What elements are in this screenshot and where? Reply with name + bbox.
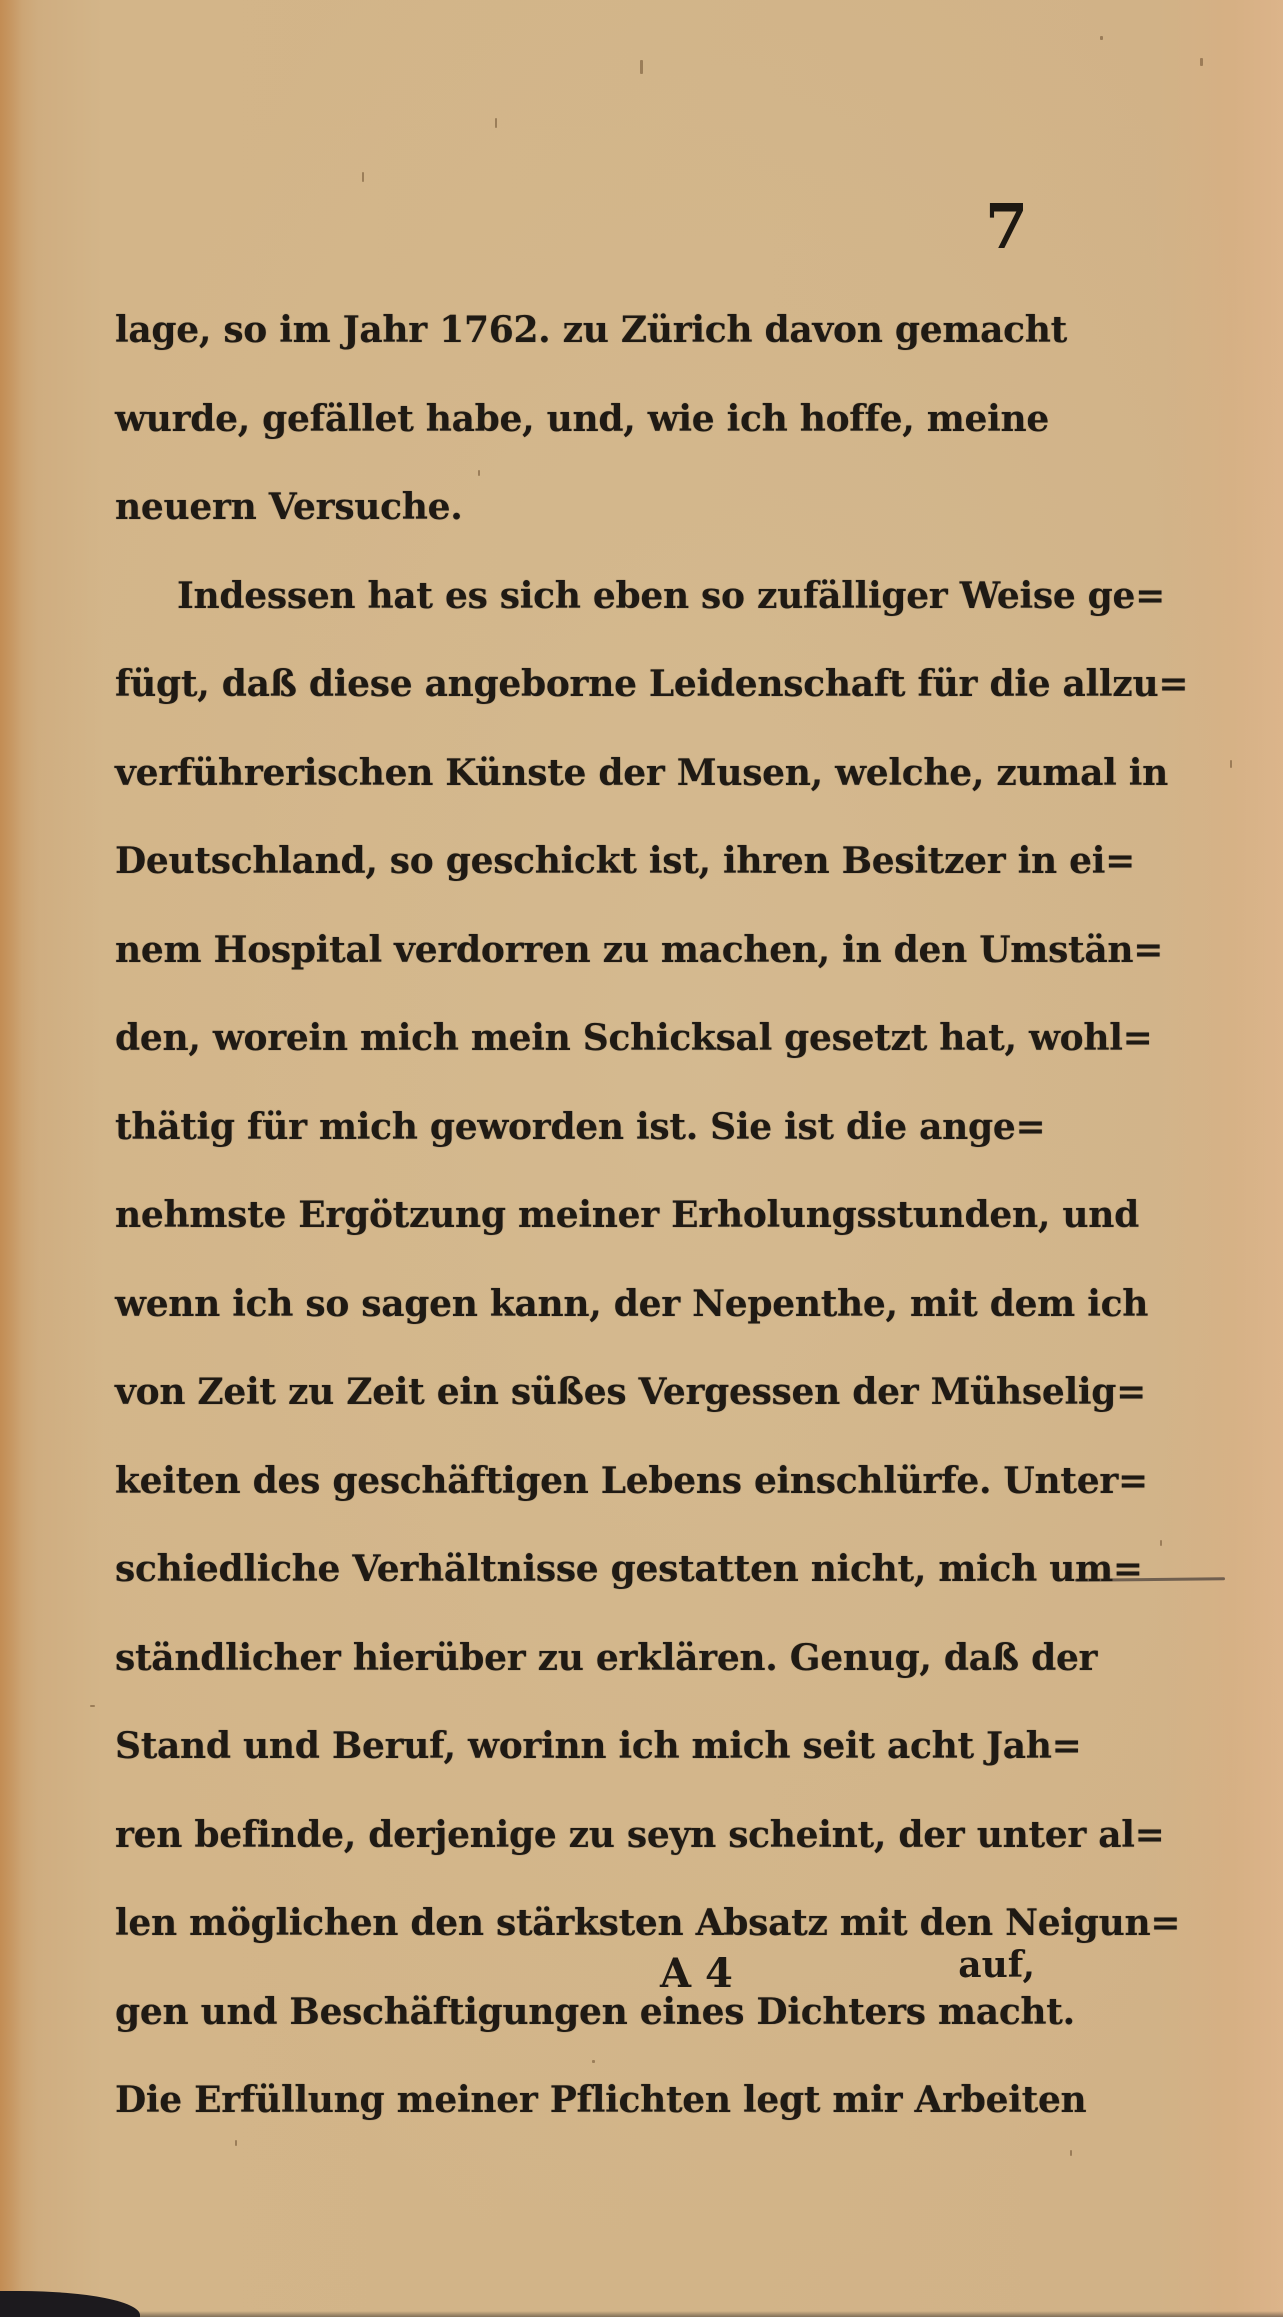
text-line: den, worein mich mein Schicksal gesetzt … — [115, 1008, 1035, 1097]
paper-speck — [362, 172, 364, 182]
paper-speck — [640, 60, 643, 74]
text-line: ständlicher hierüber zu erklären. Genug,… — [115, 1628, 1035, 1717]
text-line: lage, so im Jahr 1762. zu Zürich davon g… — [115, 300, 1035, 389]
scan-bottom-edge — [0, 2311, 1283, 2317]
text-line: Deutschland, so geschickt ist, ihren Bes… — [115, 831, 1035, 920]
body-text: lage, so im Jahr 1762. zu Zürich davon g… — [115, 300, 1035, 2159]
text-line: nehmste Ergötzung meiner Erholungsstunde… — [115, 1185, 1035, 1274]
paper-speck — [1070, 2150, 1072, 2156]
paper-speck — [1100, 36, 1103, 40]
text-line: neuern Versuche. — [115, 477, 1035, 566]
text-line: schiedliche Verhältnisse gestatten nicht… — [115, 1539, 1035, 1628]
text-line: keiten des geschäftigen Lebens einschlür… — [115, 1451, 1035, 1540]
catchword: auf, — [958, 1944, 1035, 1986]
binding-shadow — [0, 0, 22, 2317]
text-line: thätig für mich geworden ist. Sie ist di… — [115, 1097, 1035, 1186]
paper-speck — [1200, 58, 1203, 66]
text-line: wenn ich so sagen kann, der Nepenthe, mi… — [115, 1274, 1035, 1363]
paper-speck — [495, 118, 497, 128]
signature-mark: A 4 — [660, 1950, 733, 1997]
book-page: 7 lage, so im Jahr 1762. zu Zürich davon… — [0, 0, 1283, 2317]
text-line: von Zeit zu Zeit ein süßes Vergessen der… — [115, 1362, 1035, 1451]
text-line: verführerischen Künste der Musen, welche… — [115, 743, 1035, 832]
text-line: Die Erfüllung meiner Pflichten legt mir … — [115, 2070, 1035, 2159]
page-number: 7 — [985, 190, 1028, 263]
text-line: wurde, gefället habe, und, wie ich hoffe… — [115, 389, 1035, 478]
text-line: nem Hospital verdorren zu machen, in den… — [115, 920, 1035, 1009]
paper-speck — [90, 1705, 95, 1707]
paragraph-start-line: Indessen hat es sich eben so zufälliger … — [115, 566, 1035, 655]
text-line: fügt, daß diese angeborne Leidenschaft f… — [115, 654, 1035, 743]
scan-corner-shadow — [0, 2291, 140, 2317]
paper-speck — [1160, 1540, 1162, 1546]
page-footer: A 4 auf, — [115, 1950, 1035, 2010]
text-line: ren befinde, derjenige zu seyn scheint, … — [115, 1805, 1035, 1894]
text-line: Stand und Beruf, worinn ich mich seit ac… — [115, 1716, 1035, 1805]
paper-speck — [1230, 760, 1232, 768]
